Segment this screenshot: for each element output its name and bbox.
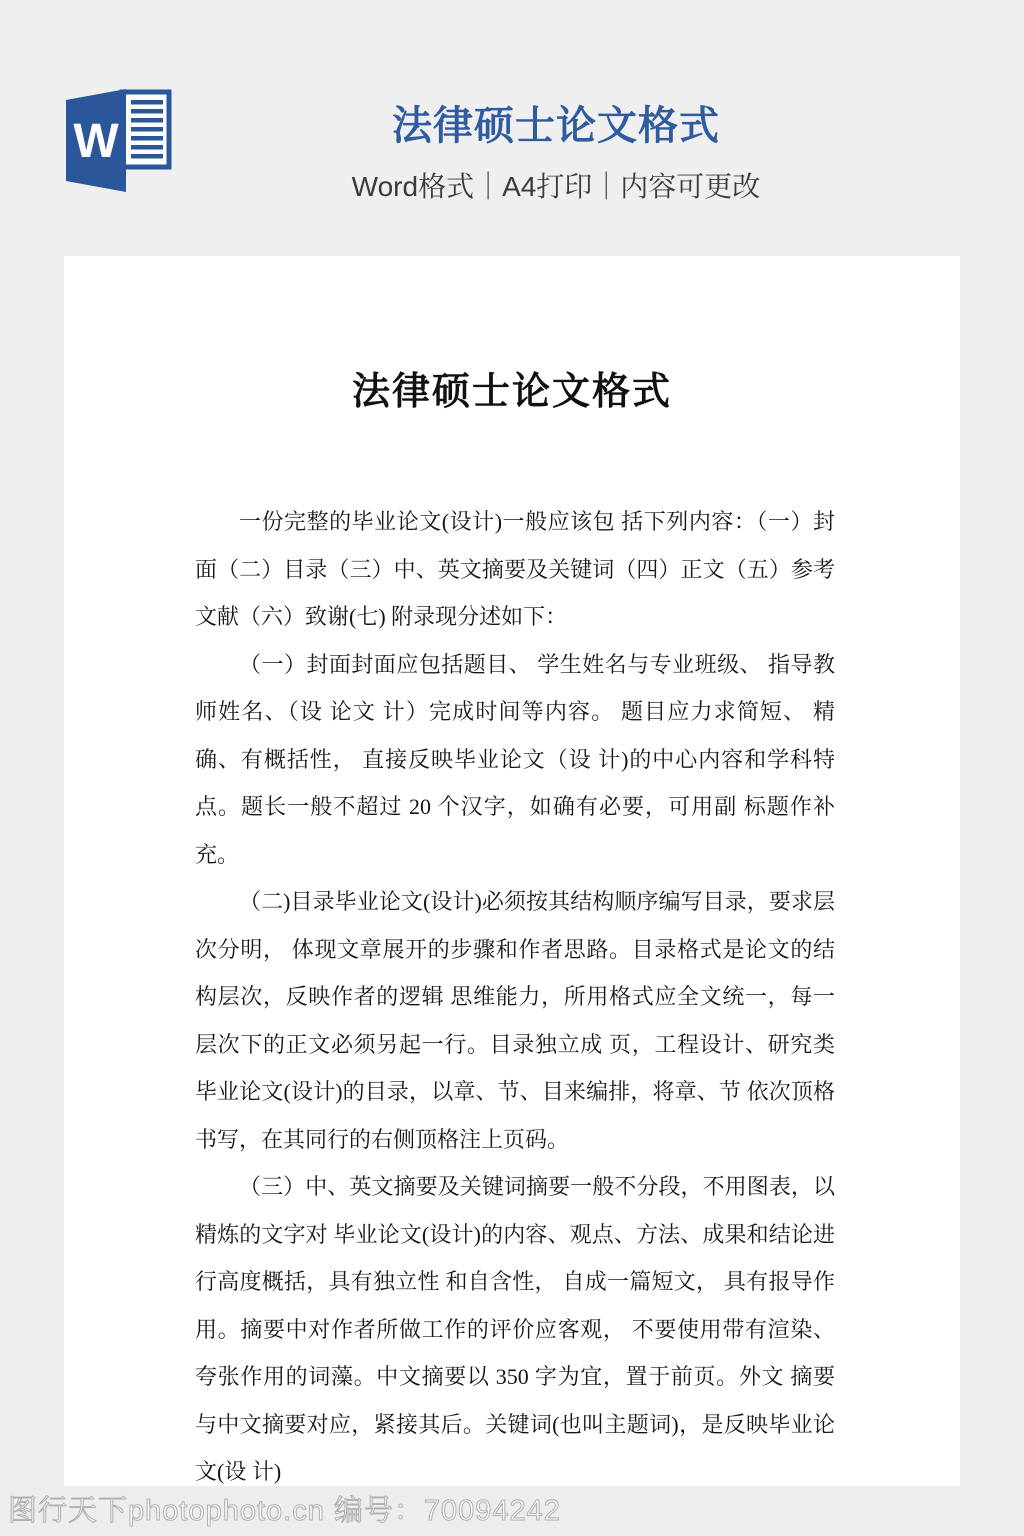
svg-text:W: W — [73, 115, 119, 168]
paragraph: 一份完整的毕业论文(设计)一般应该包 括下列内容：（一）封面（二）目录（三）中、… — [195, 498, 835, 641]
paragraph: （二)目录毕业论文(设计)必须按其结构顺序编写目录，要求层次分明， 体现文章展开… — [195, 878, 835, 1163]
paragraph: （三）中、英文摘要及关键词摘要一般不分段，不用图表，以精炼的文字对 毕业论文(设… — [195, 1163, 835, 1496]
watermark-bar: 图行天下photophoto.cn 编号：70094242 — [0, 1486, 1024, 1536]
header-text-block: 法律硕士论文格式 Word格式｜A4打印｜内容可更改 — [176, 94, 936, 205]
header: W 法律硕士论文格式 Word格式｜A4打印｜内容可更改 — [0, 0, 1024, 230]
template-title: 法律硕士论文格式 — [176, 94, 936, 151]
document-page: 法律硕士论文格式 一份完整的毕业论文(设计)一般应该包 括下列内容：（一）封面（… — [64, 256, 960, 1536]
document-body: 一份完整的毕业论文(设计)一般应该包 括下列内容：（一）封面（二）目录（三）中、… — [195, 498, 835, 1496]
watermark-text: 图行天下photophoto.cn 编号：70094242 — [8, 1486, 561, 1536]
word-document-icon: W — [64, 86, 176, 196]
document-title: 法律硕士论文格式 — [64, 360, 960, 415]
template-subtitle: Word格式｜A4打印｜内容可更改 — [176, 165, 936, 205]
template-preview-page: W 法律硕士论文格式 Word格式｜A4打印｜内容可更改 法律硕士论文格式 一份… — [0, 0, 1024, 1536]
paragraph: （一）封面封面应包括题目、 学生姓名与专业班级、 指导教师姓名、（设 论文 计）… — [195, 641, 835, 879]
